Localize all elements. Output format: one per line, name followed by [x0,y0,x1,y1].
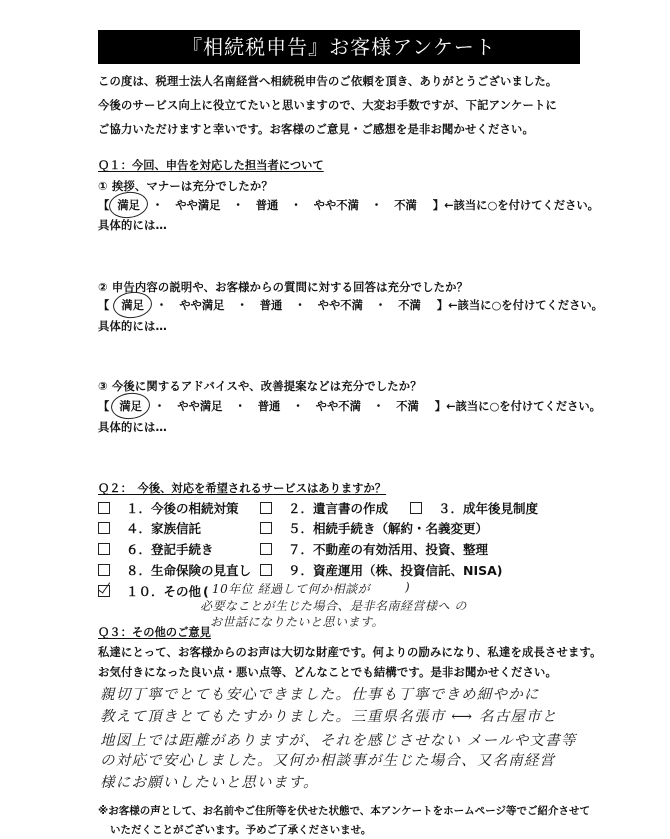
checkbox-icon[interactable] [98,522,110,534]
rating-instruction: 】←該当に○を付けてください。 [433,197,599,213]
rating-option-somewhat-dissatisfied[interactable]: やや不満 [316,297,365,313]
q1-item3-question: ③ 今後に関するアドバイスや、改善提案などは充分でしたか？ [98,378,422,394]
separator-dot: ・ [290,197,301,213]
q2-option-7[interactable]: ７．不動産の有効活用、投資、整理 [260,540,488,558]
q2-other-handwritten-line-1[interactable]: 10年位 経過して何か相談が [212,580,370,597]
footer-note-line-1: ※お客様の声として、お名前やご住所等を伏せた状態で、本アンケートをホームページ等… [98,803,590,818]
q2-option-1[interactable]: １．今後の相続対策 [98,499,239,517]
intro-line-1: この度は、税理士法人名南経営へ相続税申告のご依頼を頂き、ありがとうございました。 [98,73,557,89]
checkbox-icon[interactable] [260,564,272,576]
rating-option-neutral[interactable]: 普通 [254,197,281,213]
q2-option-2[interactable]: ２．遺言書の作成 [260,499,388,517]
rating-option-satisfied[interactable]: 満足 [115,197,142,213]
separator-dot: ・ [375,297,386,313]
q1-item1-rating: 【 満足 ・ やや満足 ・ 普通 ・ やや不満 ・ 不満 】←該当に○を付けてく… [98,197,599,213]
checkbox-icon[interactable] [98,543,110,555]
checkbox-icon[interactable] [260,502,272,514]
q3-prompt-line-2: お気付きになった良い点・悪い点等、どんなことでも結構です。是非お聞かせください。 [98,664,557,680]
separator-dot: ・ [292,398,303,414]
checkbox-icon[interactable] [410,502,422,514]
paren-close: ) [405,580,410,594]
q3-answer-line-2[interactable]: 教えて頂きとてもたすかりました。三重県名張市 ⟷ 名古屋市と [100,705,558,726]
survey-title: 『相続税申告』お客様アンケート [98,30,580,64]
option-label: ４．家族信託 [126,519,201,537]
rating-option-satisfied[interactable]: 満足 [119,297,146,313]
rating-option-somewhat-satisfied[interactable]: やや満足 [173,197,222,213]
q2-heading: Ｑ２： 今後、対応を希望されるサービスはありますか？ [98,480,386,496]
option-label: ６．登記手続き [126,540,214,558]
q2-option-10[interactable]: １０．その他 ( [98,582,209,600]
intro-line-3: ご協力いただけますと幸いです。お客様のご意見・ご感想を是非お聞かせください。 [98,121,534,137]
checkbox-checked-icon[interactable] [98,585,110,597]
separator-dot: ・ [234,398,245,414]
rating-option-satisfied[interactable]: 満足 [117,398,144,414]
q3-answer-line-1[interactable]: 親切丁寧でとても安心できました。仕事も丁寧できめ細やかに [100,683,540,704]
checkbox-icon[interactable] [98,502,110,514]
q1-item3-detail-label: 具体的には… [98,419,167,435]
separator-dot: ・ [232,197,243,213]
option-label: ５．相続手続き（解約・名義変更） [288,519,488,537]
separator-dot: ・ [156,297,167,313]
option-label: ２．遺言書の作成 [288,499,388,517]
intro-line-2: 今後のサービス向上に役立てたいと思いますので、大変お手数ですが、下記アンケートに [98,97,557,113]
q2-other-handwritten-line-2[interactable]: 必要なことが生じた場合、是非名南経営様へ の [200,597,467,614]
checkbox-icon[interactable] [260,522,272,534]
option-label: ３．成年後見制度 [438,499,538,517]
bracket-open: 【 [98,297,109,313]
rating-option-dissatisfied[interactable]: 不満 [394,398,421,414]
q2-option-8[interactable]: ８．生命保険の見直し [98,561,251,579]
footer-note-line-2: いただくことがございます。予めご了承くださいませ。 [110,822,371,837]
q1-item3-rating: 【 満足 ・ やや満足 ・ 普通 ・ やや不満 ・ 不満 】←該当に○を付けてく… [98,398,601,414]
q2-option-3[interactable]: ３．成年後見制度 [410,499,538,517]
rating-instruction: 】←該当に○を付けてください。 [435,398,601,414]
q3-answer-line-4[interactable]: の対応で安心しました。又何か相談事が生じた場合、又名南経営 [100,749,555,770]
separator-dot: ・ [294,297,305,313]
q2-option-4[interactable]: ４．家族信託 [98,519,201,537]
rating-option-dissatisfied[interactable]: 不満 [392,197,419,213]
separator-dot: ・ [152,197,163,213]
q3-answer-line-5[interactable]: 様にお願いしたいと思います。 [100,771,319,792]
option-label: １０．その他 [126,582,201,600]
rating-instruction: 】←該当に○を付けてください。 [437,297,603,313]
separator-dot: ・ [371,197,382,213]
checkbox-icon[interactable] [260,543,272,555]
q1-item2-rating: 【 満足 ・ やや満足 ・ 普通 ・ やや不満 ・ 不満 】←該当に○を付けてく… [98,297,603,313]
q2-other-handwritten-line-3[interactable]: お世話になりたいと思います。 [210,613,384,630]
separator-dot: ・ [373,398,384,414]
rating-option-neutral[interactable]: 普通 [256,398,283,414]
option-label: ７．不動産の有効活用、投資、整理 [288,540,488,558]
q3-heading: Ｑ３：その他のご意見 [98,624,211,640]
rating-option-somewhat-satisfied[interactable]: やや満足 [177,297,226,313]
rating-option-somewhat-satisfied[interactable]: やや満足 [175,398,224,414]
option-label: ９．資産運用（株、投資信託、NISA) [288,561,503,579]
q1-item2-detail-label: 具体的には… [98,318,167,334]
separator-dot: ・ [154,398,165,414]
rating-option-somewhat-dissatisfied[interactable]: やや不満 [312,197,361,213]
separator-dot: ・ [236,297,247,313]
rating-option-dissatisfied[interactable]: 不満 [396,297,423,313]
q3-answer-line-3[interactable]: 地図上では距離がありますが、それを感じさせない メールや文書等 [100,729,577,750]
bracket-open: 【 [98,398,109,414]
q1-heading: Ｑ１：今回、申告を対応した担当者について [98,157,324,173]
q3-prompt-line-1: 私達にとって、お客様からのお声は大切な財産です。何よりの励みになり、私達を成長さ… [98,644,602,660]
rating-option-somewhat-dissatisfied[interactable]: やや不満 [314,398,363,414]
rating-option-neutral[interactable]: 普通 [258,297,285,313]
option-label: １．今後の相続対策 [126,499,239,517]
bracket-open: 【 [98,197,109,213]
q2-option-9[interactable]: ９．資産運用（株、投資信託、NISA) [260,561,503,579]
q2-option-5[interactable]: ５．相続手続き（解約・名義変更） [260,519,488,537]
option-label: ８．生命保険の見直し [126,561,251,579]
q2-option-6[interactable]: ６．登記手続き [98,540,214,558]
q1-item1-detail-label: 具体的には… [98,217,167,233]
checkbox-icon[interactable] [98,564,110,576]
q1-item2-question: ② 申告内容の説明や、お客様からの質問に対する回答は充分でしたか？ [98,279,468,295]
